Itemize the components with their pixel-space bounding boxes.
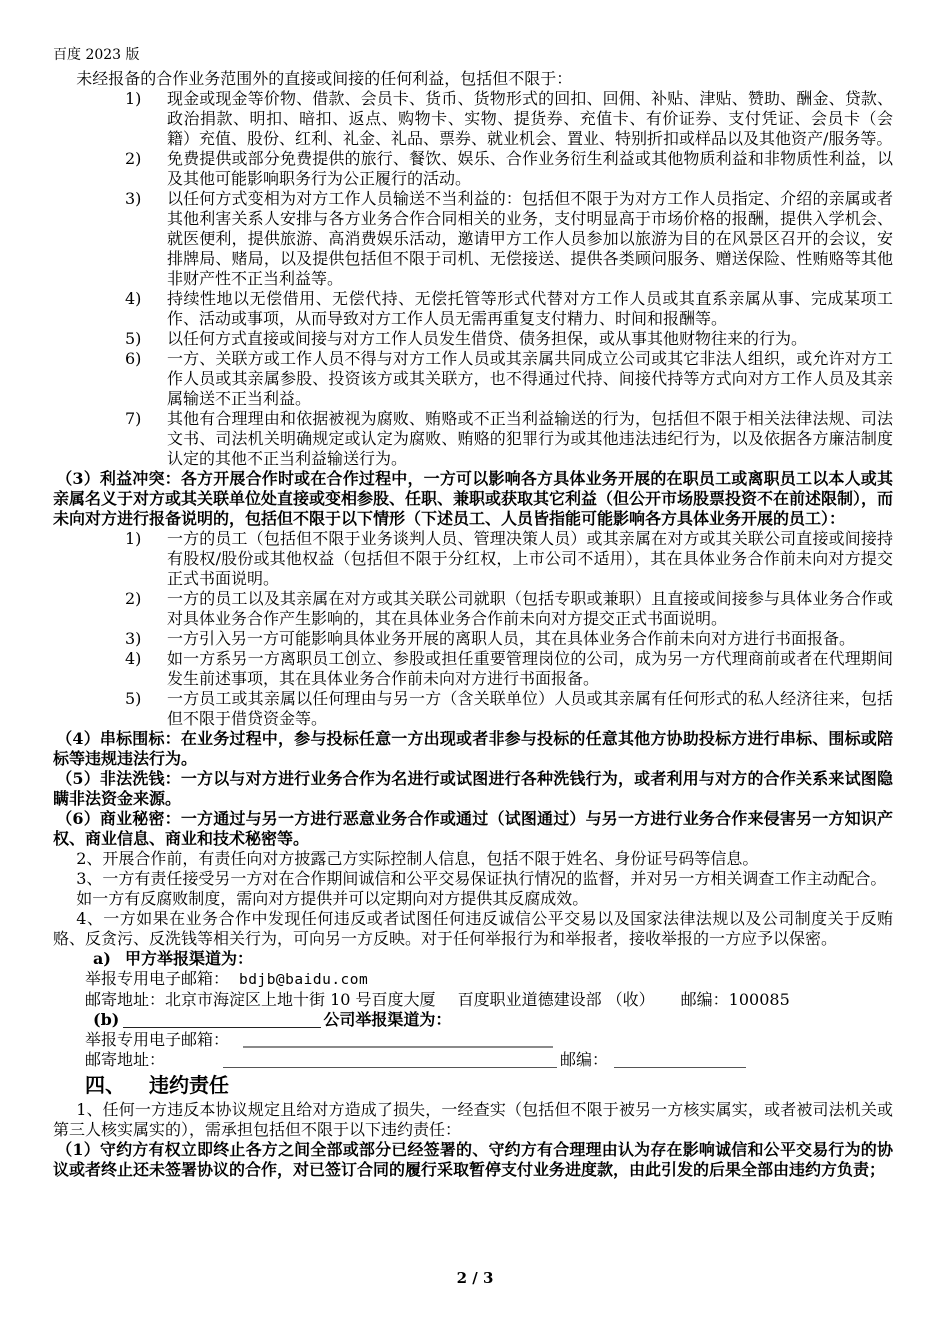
item-text: 现金或现金等价物、借款、会员卡、货币、货物形式的回扣、回佣、补贴、津贴、赞助、酬… xyxy=(167,89,893,149)
heading-marker: a) xyxy=(93,949,111,969)
page-number: 2 / 3 xyxy=(0,1268,950,1288)
item-text: 其他有合理理由和依据被视为腐败、贿赂或不正当利益输送的行为，包括但不限于相关法律… xyxy=(167,409,893,469)
list-item: 7) 其他有合理理由和依据被视为腐败、贿赂或不正当利益输送的行为，包括但不限于相… xyxy=(53,409,893,469)
money-laundering-paragraph: （5）非法洗钱：一方以与对方进行业务合作为名进行或试图进行各种洗钱行为，或者利用… xyxy=(53,769,893,809)
company-name-blank xyxy=(123,1012,321,1028)
item-text: 持续性地以无偿借用、无偿代持、无偿托管等形式代替对方工作人员或其直系亲属从事、完… xyxy=(167,289,893,329)
list-item: 1) 一方的员工（包括但不限于业务谈判人员、管理决策人员）或其亲属在对方或其关联… xyxy=(53,529,893,589)
item-number: 2) xyxy=(125,149,167,189)
party-b-channel-heading: (b)公司举报渠道为： xyxy=(93,1010,893,1030)
list-item: 3) 以任何方式变相为对方工作人员输送不当利益的：包括但不限于为对方工作人员指定… xyxy=(53,189,893,289)
item-text: 免费提供或部分免费提供的旅行、餐饮、娱乐、合作业务衍生利益或其他物质利益和非物质… xyxy=(167,149,893,189)
item-number: 1) xyxy=(125,89,167,149)
list-item: 5) 以任何方式直接或间接与对方工作人员发生借贷、债务担保，或从事其他财物往来的… xyxy=(53,329,893,349)
improper-benefit-list: 1) 现金或现金等价物、借款、会员卡、货币、货物形式的回扣、回佣、补贴、津贴、赞… xyxy=(53,89,893,469)
email-blank xyxy=(243,1031,553,1048)
list-item: 3) 一方引入另一方可能影响具体业务开展的离职人员，其在具体业务合作前未向对方进… xyxy=(53,629,893,649)
supervision-paragraph: 3、一方有责任接受另一方对在合作期间诚信和公平交易保证执行情况的监督，并对另一方… xyxy=(53,869,893,889)
supervision-paragraph-cont: 如一方有反腐败制度，需向对方提供并可以定期向对方提供其反腐成效。 xyxy=(53,889,893,909)
list-item: 4) 如一方系另一方离职员工创立、参股或担任重要管理岗位的公司，成为另一方代理商… xyxy=(53,649,893,689)
disclosure-paragraph: 2、开展合作前，有责任向对方披露己方实际控制人信息，包括不限于姓名、身份证号码等… xyxy=(53,849,893,869)
breach-intro-paragraph: 1、任何一方违反本协议规定且给对方造成了损失，一经查实（包括但不限于被另一方核实… xyxy=(53,1100,893,1140)
conflict-case-list: 1) 一方的员工（包括但不限于业务谈判人员、管理决策人员）或其亲属在对方或其关联… xyxy=(53,529,893,729)
report-email-blank-line: 举报专用电子邮箱： xyxy=(85,1030,893,1050)
address-value: 北京市海淀区上地十街 10 号百度大厦 xyxy=(165,990,436,1009)
list-item: 2) 免费提供或部分免费提供的旅行、餐饮、娱乐、合作业务衍生利益或其他物质利益和… xyxy=(53,149,893,189)
item-number: 4) xyxy=(125,649,167,689)
postal-label: 邮编： xyxy=(681,990,729,1009)
intro-paragraph: 未经报备的合作业务范围外的直接或间接的任何利益，包括但不限于： xyxy=(53,69,893,89)
email-label: 举报专用电子邮箱： xyxy=(85,1030,229,1049)
section-title: 违约责任 xyxy=(149,1073,229,1097)
item-text: 一方的员工以及其亲属在对方或其关联公司就职（包括专职或兼职）且直接或间接参与具体… xyxy=(167,589,893,629)
bid-rigging-paragraph: （4）串标围标：在业务过程中，参与投标任意一方出现或者非参与投标的任意其他方协助… xyxy=(53,729,893,769)
item-text: 以任何方式直接或间接与对方工作人员发生借贷、债务担保，或从事其他财物往来的行为。 xyxy=(167,329,893,349)
address-label: 邮寄地址： xyxy=(85,990,165,1009)
trade-secret-paragraph: （6）商业秘密：一方通过与另一方进行恶意业务合作或通过（试图通过）与另一方进行业… xyxy=(53,809,893,849)
list-item: 1) 现金或现金等价物、借款、会员卡、货币、货物形式的回扣、回佣、补贴、津贴、赞… xyxy=(53,89,893,149)
doc-version-tag: 百度 2023 版 xyxy=(53,46,893,64)
item-text: 以任何方式变相为对方工作人员输送不当利益的：包括但不限于为对方工作人员指定、介绍… xyxy=(167,189,893,289)
item-number: 7) xyxy=(125,409,167,469)
list-item: 6) 一方、关联方或工作人员不得与对方工作人员或其亲属共同成立公司或其它非法人组… xyxy=(53,349,893,409)
item-text: 一方的员工（包括但不限于业务谈判人员、管理决策人员）或其亲属在对方或其关联公司直… xyxy=(167,529,893,589)
postal-label: 邮编： xyxy=(560,1050,608,1069)
department-recipient: 百度职业道德建设部 （收） xyxy=(458,990,655,1009)
whistleblowing-paragraph: 4、一方如果在业务合作中发现任何违反或者试图任何违反诚信公平交易以及国家法律法规… xyxy=(53,909,893,949)
item-number: 5) xyxy=(125,689,167,729)
section-number: 四、 xyxy=(85,1073,125,1097)
item-number: 3) xyxy=(125,629,167,649)
email-address: bdjb@baidu.com xyxy=(239,972,368,988)
email-label: 举报专用电子邮箱： xyxy=(85,969,229,988)
item-text: 一方引入另一方可能影响具体业务开展的离职人员，其在具体业务合作前未向对方进行书面… xyxy=(167,629,893,649)
item-number: 5) xyxy=(125,329,167,349)
address-blank xyxy=(223,1052,557,1068)
heading-text: 公司举报渠道为： xyxy=(323,1010,451,1029)
list-item: 5) 一方员工或其亲属以任何理由与另一方（含关联单位）人员或其亲属有任何形式的私… xyxy=(53,689,893,729)
postal-code-blank xyxy=(614,1052,746,1068)
item-number: 2) xyxy=(125,589,167,629)
address-label: 邮寄地址： xyxy=(85,1050,165,1069)
list-item: 4) 持续性地以无偿借用、无偿代持、无偿托管等形式代替对方工作人员或其直系亲属从… xyxy=(53,289,893,329)
party-a-channel-heading: a)甲方举报渠道为： xyxy=(93,949,893,969)
mail-address-line: 邮寄地址：北京市海淀区上地十街 10 号百度大厦百度职业道德建设部 （收）邮编：… xyxy=(85,990,893,1010)
breach-clause-1-paragraph: （1）守约方有权立即终止各方之间全部或部分已经签署的、守约方有合理理由认为存在影… xyxy=(53,1140,893,1180)
item-text: 一方、关联方或工作人员不得与对方工作人员或其亲属共同成立公司或其它非法人组织，或… xyxy=(167,349,893,409)
heading-text: 甲方举报渠道为： xyxy=(125,949,253,968)
item-number: 6) xyxy=(125,349,167,409)
item-number: 1) xyxy=(125,529,167,589)
item-text: 一方员工或其亲属以任何理由与另一方（含关联单位）人员或其亲属有任何形式的私人经济… xyxy=(167,689,893,729)
list-item: 2) 一方的员工以及其亲属在对方或其关联公司就职（包括专职或兼职）且直接或间接参… xyxy=(53,589,893,629)
item-text: 如一方系另一方离职员工创立、参股或担任重要管理岗位的公司，成为另一方代理商前或者… xyxy=(167,649,893,689)
item-number: 4) xyxy=(125,289,167,329)
conflict-of-interest-paragraph: （3）利益冲突：各方开展合作时或在合作过程中，一方可以影响各方具体业务开展的在职… xyxy=(53,469,893,529)
mail-address-blank-line: 邮寄地址：邮编： xyxy=(85,1050,893,1070)
postal-code: 100085 xyxy=(729,990,790,1009)
heading-marker: (b) xyxy=(93,1010,119,1029)
item-number: 3) xyxy=(125,189,167,289)
section-4-heading: 四、违约责任 xyxy=(85,1072,893,1098)
document-page: 百度 2023 版 未经报备的合作业务范围外的直接或间接的任何利益，包括但不限于… xyxy=(0,0,950,1180)
report-email-line: 举报专用电子邮箱：bdjb@baidu.com xyxy=(85,969,893,990)
